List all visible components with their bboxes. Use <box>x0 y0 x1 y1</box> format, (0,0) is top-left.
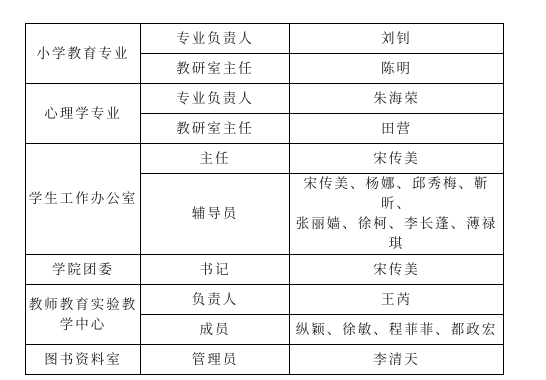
names-line: 张丽嫱、徐柯、李长蓬、薄禄琪 <box>290 214 503 254</box>
role-cell: 专业负责人 <box>141 84 290 114</box>
names-cell: 朱海荣 <box>290 84 504 114</box>
names-cell: 陈明 <box>290 54 504 84</box>
role-cell: 书记 <box>141 255 290 285</box>
role-cell: 教研室主任 <box>141 114 290 144</box>
table-row: 教师教育实验教 学中心 负责人 王芮 <box>26 285 504 315</box>
role-cell: 负责人 <box>141 285 290 315</box>
table-row: 图书资料室 管理员 李清天 <box>26 345 504 375</box>
department-cell: 小学教育专业 <box>26 24 141 84</box>
department-cell: 教师教育实验教 学中心 <box>26 285 141 345</box>
names-cell: 宋传美 <box>290 255 504 285</box>
names-cell: 宋传美、杨娜、邱秀梅、靳昕、 张丽嫱、徐柯、李长蓬、薄禄琪 <box>290 174 504 255</box>
role-cell: 管理员 <box>141 345 290 375</box>
table-row: 心理学专业 专业负责人 朱海荣 <box>26 84 504 114</box>
table-row: 小学教育专业 专业负责人 刘钊 <box>26 24 504 54</box>
role-cell: 教研室主任 <box>141 54 290 84</box>
names-cell: 纵颖、徐敏、程菲菲、都政宏 <box>290 315 504 345</box>
department-cell: 学院团委 <box>26 255 141 285</box>
department-cell: 图书资料室 <box>26 345 141 375</box>
names-cell: 宋传美 <box>290 144 504 174</box>
names-cell: 田营 <box>290 114 504 144</box>
role-cell: 专业负责人 <box>141 24 290 54</box>
names-line: 宋传美、杨娜、邱秀梅、靳昕、 <box>290 174 503 214</box>
role-cell: 成员 <box>141 315 290 345</box>
names-cell: 王芮 <box>290 285 504 315</box>
role-cell: 主任 <box>141 144 290 174</box>
names-cell: 刘钊 <box>290 24 504 54</box>
table-row: 学院团委 书记 宋传美 <box>26 255 504 285</box>
department-cell: 学生工作办公室 <box>26 144 141 255</box>
department-line: 学中心 <box>26 315 140 335</box>
table-row: 学生工作办公室 主任 宋传美 <box>26 144 504 174</box>
role-cell: 辅导员 <box>141 174 290 255</box>
staff-table: 小学教育专业 专业负责人 刘钊 教研室主任 陈明 心理学专业 专业负责人 朱海荣… <box>25 23 504 375</box>
department-line: 教师教育实验教 <box>26 295 140 315</box>
department-cell: 心理学专业 <box>26 84 141 144</box>
names-cell: 李清天 <box>290 345 504 375</box>
